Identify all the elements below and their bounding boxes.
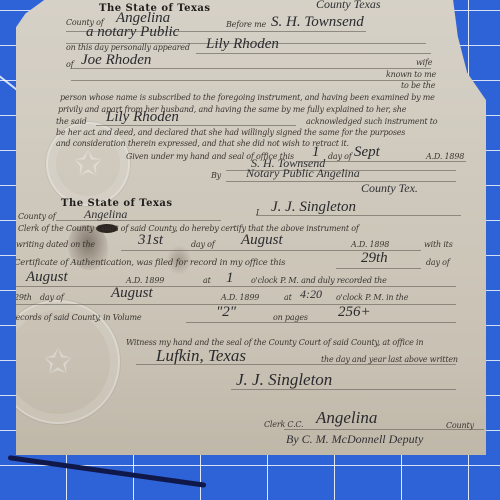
cert-line-1: Clerk of the County Court of said County…	[18, 224, 359, 233]
to-be-the: to be the	[401, 81, 435, 90]
dated-year: A.D. 1898	[351, 240, 389, 249]
at-label: at	[203, 276, 211, 285]
said-label: the said	[56, 117, 87, 126]
rule-line	[336, 268, 421, 269]
rule-line	[16, 286, 456, 287]
rule-line	[196, 53, 431, 54]
rule-line	[256, 215, 461, 216]
by-label: By	[211, 171, 221, 180]
clerk-title: Clerk C.C.	[264, 420, 303, 429]
filed-year: A.D. 1899	[126, 276, 164, 285]
corner-note: County Texas	[316, 0, 381, 12]
county-label: County of	[18, 212, 56, 221]
recorded-day: 29th	[14, 293, 32, 302]
document-page: ✩ ✩ County Texas The State of Texas Coun…	[16, 0, 486, 455]
records-label: records of said County, in Volume	[12, 313, 141, 322]
said-name: Lily Rhoden	[106, 109, 179, 126]
recorded-day-of: day of	[40, 293, 64, 302]
rule-line	[71, 68, 431, 69]
wife-suffix: wife	[416, 58, 432, 67]
before-me-label: Before me	[226, 20, 266, 29]
appeared-label: on this day personally appeared	[66, 43, 190, 52]
body-line-3: be her act and deed, and declared that s…	[56, 128, 405, 137]
pages-label: on pages	[273, 313, 308, 322]
body-line-4: and consideration therein expressed, and…	[56, 139, 349, 148]
officer-name: S. H. Townsend	[271, 14, 364, 31]
recorded-time: 4:20	[300, 287, 322, 302]
recorded-year: A.D. 1899	[221, 293, 259, 302]
husband-name: Joe Rhoden	[81, 52, 151, 69]
volume-number: "2"	[216, 304, 236, 321]
rule-line	[284, 429, 484, 430]
rule-line	[71, 80, 431, 81]
dated-day: 31st	[138, 232, 163, 249]
officer-title: a notary Public	[86, 24, 179, 41]
body-line-1: person whose name is subscribed to the f…	[60, 93, 435, 102]
rule-line	[56, 220, 221, 221]
acknowledged-text: acknowledged such instrument to	[306, 117, 437, 126]
appeared-name: Lily Rhoden	[206, 36, 279, 53]
recorded-month: August	[111, 285, 153, 302]
clerk-signature: J. J. Singleton	[236, 370, 332, 390]
rule-line	[186, 322, 456, 323]
notary-signature-county: County Tex.	[361, 181, 418, 196]
rule-line	[226, 181, 456, 182]
pages-number: 256+	[338, 304, 371, 321]
recorded-oclock: o'clock P. M. in the	[336, 293, 408, 302]
day-of-label: day of	[426, 258, 450, 267]
filed-oclock: o'clock P. M. and duly recorded the	[251, 276, 387, 285]
known-to-me: known to me	[386, 70, 436, 79]
recorded-at: at	[284, 293, 292, 302]
cert-line-3: Certificate of Authentication, was filed…	[14, 258, 285, 268]
day-of-label: day of	[191, 240, 215, 249]
with-its: with its	[424, 240, 453, 249]
filed-day: 29th	[361, 250, 388, 267]
clerk-name: J. J. Singleton	[271, 199, 356, 216]
filed-month: August	[26, 269, 68, 286]
given-year: A.D. 1898	[426, 152, 464, 161]
rule-line	[96, 125, 296, 126]
deputy-signature: By C. M. McDonnell Deputy	[286, 432, 423, 447]
clerk-county: Angelina	[316, 408, 377, 428]
office-location: Lufkin, Texas	[156, 346, 246, 366]
filed-time: 1	[226, 270, 234, 287]
given-month: Sept	[354, 144, 380, 161]
day-of-label: day of	[328, 152, 352, 161]
dated-month: August	[241, 232, 283, 249]
signature-line	[231, 389, 456, 390]
day-year-written: the day and year last above written	[321, 355, 458, 364]
rule-line	[136, 364, 456, 365]
cert-line-2-prefix: writing dated on the	[16, 240, 95, 249]
notary-signature-title: Notary Public Angelina	[246, 166, 360, 181]
